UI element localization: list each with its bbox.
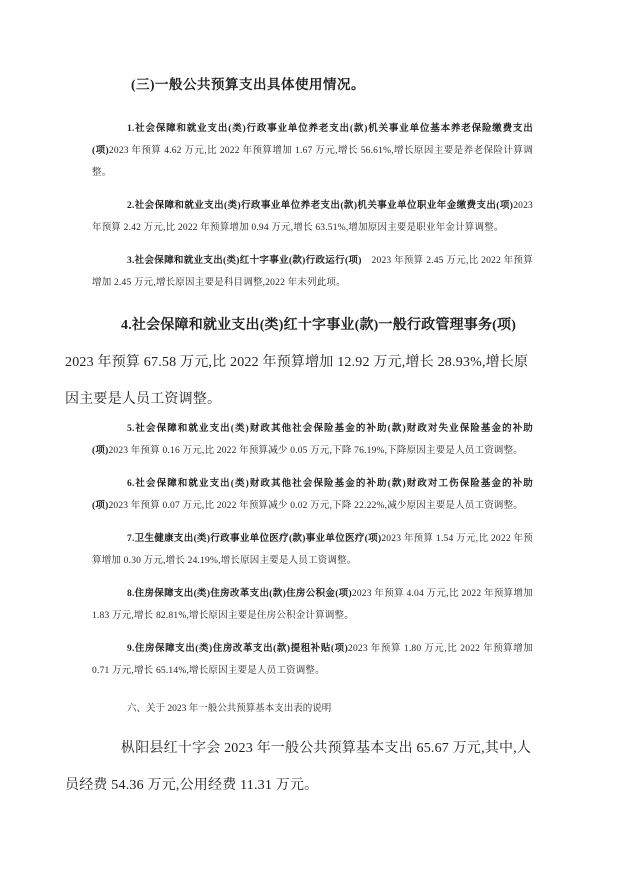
item-category-label: 9.住房保障支出(类)住房改革支出(款)提租补贴(项) — [127, 644, 348, 654]
subsection-heading: 六、关于 2023 年一般公共预算基本支出表的说明 — [92, 698, 533, 720]
item-detail-text: 2023 年预算 4.62 万元,比 2022 年预算增加 1.67 万元,增长… — [92, 146, 533, 178]
budget-item-9: 9.住房保障支出(类)住房改革支出(款)提租补贴(项)2023 年预算 1.80… — [92, 638, 533, 682]
budget-item-7: 7.卫生健康支出(类)行政事业单位医疗(款)事业单位医疗(项)2023 年预算 … — [92, 528, 533, 572]
document-page: (三)一般公共预算支出具体使用情况。 1.社会保障和就业支出(类)行政事业单位养… — [0, 0, 633, 895]
closing-paragraph: 枞阳县红十字会 2023 年一般公共预算基本支出 65.67 万元,其中,人员经… — [65, 730, 533, 804]
document-content: (三)一般公共预算支出具体使用情况。 1.社会保障和就业支出(类)行政事业单位养… — [65, 75, 533, 804]
item-category-label: 3.社会保障和就业支出(类)红十字事业(款)行政运行(项) — [127, 256, 362, 266]
item-detail-text: 2023 年预算 0.07 万元,比 2022 年预算减少 0.02 万元,下降… — [108, 501, 523, 511]
item-detail-text: 2023 年预算 0.16 万元,比 2022 年预算减少 0.05 万元,下降… — [108, 446, 523, 456]
section-heading: (三)一般公共预算支出具体使用情况。 — [131, 75, 533, 94]
budget-item-4: 4.社会保障和就业支出(类)红十字事业(款)一般行政管理事务(项) 2023 年… — [65, 307, 533, 418]
item-category-label: 7.卫生健康支出(类)行政事业单位医疗(款)事业单位医疗(项) — [127, 534, 381, 544]
budget-item-5: 5.社会保障和就业支出(类)财政其他社会保险基金的补助(款)财政对失业保险基金的… — [92, 418, 533, 462]
item-category-label: 4.社会保障和就业支出(类)红十字事业(款)一般行政管理事务(项) — [121, 318, 516, 333]
item-category-label: 2.社会保障和就业支出(类)行政事业单位养老支出(款)机关事业单位职业年金缴费支… — [127, 201, 513, 211]
budget-item-3: 3.社会保障和就业支出(类)红十字事业(款)行政运行(项) 2023 年预算 2… — [92, 250, 533, 294]
budget-item-8: 8.住房保障支出(类)住房改革支出(款)住房公积金(项)2023 年预算 4.0… — [92, 583, 533, 627]
budget-item-2: 2.社会保障和就业支出(类)行政事业单位养老支出(款)机关事业单位职业年金缴费支… — [92, 195, 533, 239]
budget-item-6: 6.社会保障和就业支出(类)财政其他社会保险基金的补助(款)财政对工伤保险基金的… — [92, 473, 533, 517]
budget-item-1: 1.社会保障和就业支出(类)行政事业单位养老支出(款)机关事业单位基本养老保险缴… — [92, 118, 533, 184]
item-category-label: 8.住房保障支出(类)住房改革支出(款)住房公积金(项) — [127, 589, 352, 599]
